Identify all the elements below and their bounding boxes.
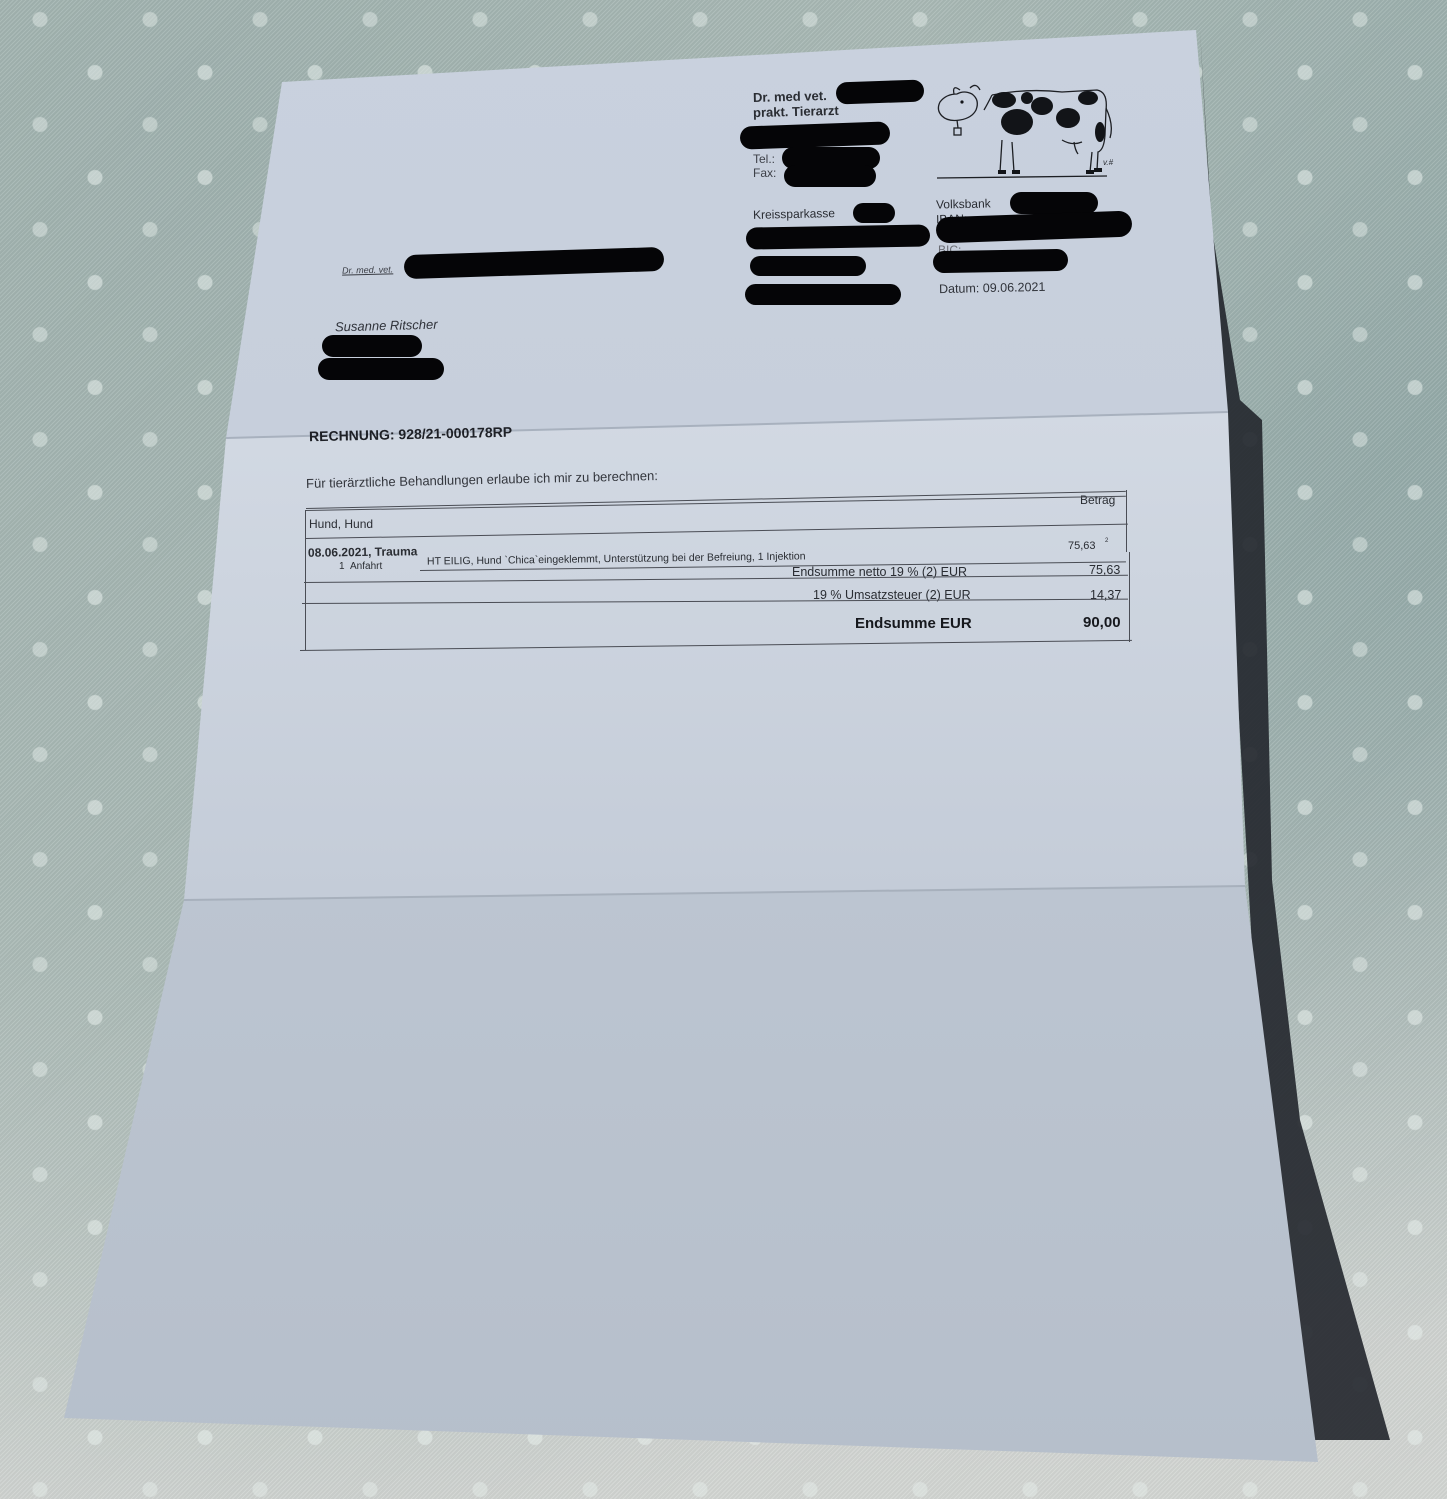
redacted-bank1-bic [750, 256, 866, 276]
invoice-intro: Für tierärztliche Behandlungen erlaube i… [306, 468, 658, 491]
redacted-bank1-account [745, 284, 901, 305]
redacted-bank1-iban [746, 224, 930, 249]
entry-date-reason: 08.06.2021, Trauma [308, 544, 418, 560]
tel-label: Tel.: [753, 152, 775, 166]
table-header-separator [306, 496, 1126, 511]
date-label: Datum: [939, 281, 980, 296]
table-border-right-upper [1126, 490, 1127, 552]
entry-tax-marker: 2 [1105, 538, 1108, 544]
redacted-fax [784, 165, 876, 187]
invoice-document: Dr. med vet. prakt. Tierarzt Tel.: Fax: [0, 0, 1447, 1499]
total-value: 90,00 [1083, 614, 1121, 631]
entry-code: Anfahrt [350, 561, 382, 572]
vat-value: 14,37 [1090, 588, 1121, 602]
entry-qty: 1 [339, 561, 345, 572]
total-label: Endsumme EUR [855, 615, 972, 632]
table-border-bottom [300, 640, 1132, 651]
patient-label: Hund, Hund [309, 517, 373, 531]
fax-label: Fax: [753, 166, 776, 180]
cow-logo-icon [932, 80, 1122, 190]
date-value: 09.06.2021 [983, 280, 1046, 295]
logo-signature: v.# [1103, 158, 1113, 167]
recipient-name: Susanne Ritscher [335, 317, 438, 335]
redacted-bank2-branch [1010, 192, 1098, 214]
redacted-vet-name [836, 79, 925, 104]
bank2-name: Volksbank [936, 196, 991, 211]
redacted-recipient-street [322, 335, 422, 357]
table-border-top [306, 491, 1126, 509]
table-vat-separator [302, 599, 1128, 604]
table-border-right-lower [1129, 552, 1130, 642]
redacted-address [740, 121, 891, 149]
redacted-sender-address [404, 247, 665, 279]
redacted-bank2-iban [936, 211, 1133, 244]
table-patient-separator [306, 524, 1128, 539]
redacted-bank1-branch [853, 203, 895, 223]
table-net-separator [304, 575, 1128, 583]
letterhead-subtitle: prakt. Tierarzt [753, 103, 839, 120]
sender-return-line: Dr. med. vet. [342, 264, 393, 275]
redacted-recipient-city [318, 358, 444, 380]
bank1-name: Kreissparkasse [753, 206, 835, 222]
table-border-left [305, 510, 306, 650]
date-row: Datum: 09.06.2021 [939, 280, 1046, 296]
redacted-bank2-bic [933, 249, 1068, 273]
letterhead-title: Dr. med vet. [753, 88, 827, 105]
entry-amount: 75,63 [1068, 540, 1096, 552]
invoice-title: RECHNUNG: 928/21-000178RP [309, 424, 512, 445]
